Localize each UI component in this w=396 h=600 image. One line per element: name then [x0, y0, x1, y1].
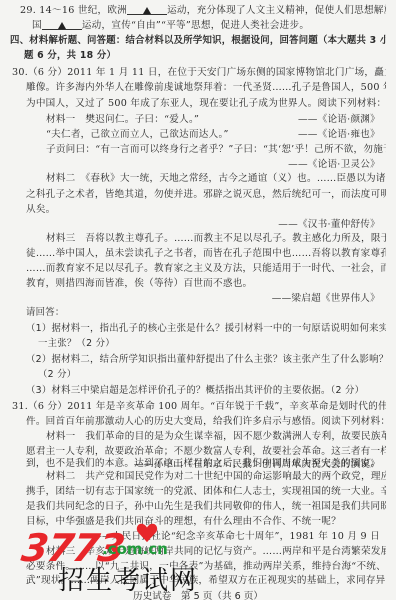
material-text: 《春秋》大一统，天地之常经，古今之通谊（义）也。……臣愚以为诸不在六艺: [85, 173, 386, 184]
material-text: ……而教育家不足以尽孔子。教育家之主义及方法，只能适用于一时代、一社会，而孔子之: [26, 262, 386, 275]
exam-page: 29. 14～16 世纪，欧洲运动，充分体现了人文主义精神，促使人们思想解放；1…: [0, 0, 396, 600]
q30-material3: 材料三 吾将以教主尊孔子。……而教主不足以尽孔子。教主感化力所及，限于其信: [46, 232, 386, 245]
material-label: 材料三: [46, 233, 76, 244]
material-text: 教育，则措四海而皆准，俟（等待）百世而不惑也。: [26, 277, 386, 290]
citation: ——梁启超《世界伟人》: [272, 292, 380, 305]
material-text: 子贡问曰：“有一言而可以终身行之者乎？”子曰：“其‘恕’乎！己所不欲，勿施于人。…: [46, 143, 386, 156]
q31-material1: 材料一 我们革命的目的是为众生谋幸福，因不愿少数满洲人专利，故要民族革命；不: [46, 430, 386, 443]
material-text: 吾将以教主尊孔子。……而教主不足以尽孔子。教主感化力所及，限于其信: [85, 233, 386, 244]
question-1-cont: 一主张？（2 分）: [38, 337, 386, 350]
material-text: 共产党和国民党作为对二十世纪中国的命运影响最大的两个政党，理应再度: [85, 471, 386, 482]
citation: ——《论语·卫灵公》: [288, 158, 380, 171]
material-label: 材料一: [46, 114, 76, 125]
watermark-site-name: 招生考试网: [58, 560, 198, 597]
question-2-cont: （2 分）: [38, 368, 386, 381]
fill-blank-2: [42, 20, 82, 30]
q31-intro: 件。回首百年前那激动人心的历史大变局，给我们许多启示与感悟。阅读下列材料：: [26, 415, 386, 428]
question-3: （3）材料三中梁启超是怎样评价孔子的？概括指出其评价的主要依据。（2 分）: [26, 384, 386, 397]
material-text: 之科孔子之术者，皆绝其道，勿使并进。邪辟之说灭息，然后统纪可一，而法度可明，民知…: [26, 188, 386, 201]
q31-intro: 31.（6 分）2011 年是辛亥革命 100 周年。“百年锐于千载”，辛亥革命…: [12, 400, 386, 413]
material-text: 我们革命的目的是为众生谋幸福，因不愿少数满洲人专利，故要民族革命；不: [85, 431, 386, 442]
watermark-domain: .com.cn: [102, 540, 168, 558]
question-2: （2）据材料二，结合所学知识指出董仲舒提出了什么主张？该主张产生了什么影响？: [26, 353, 386, 366]
q31-material2: 材料二 共产党和国民党作为对二十世纪中国的命运影响最大的两个政党，理应再度: [46, 470, 386, 483]
material-text: 到，也不是我们的本意。达到了这三样目的之后，我们中国当成为至完美的国家。: [26, 457, 386, 470]
answer-prompt: 请回答：: [26, 306, 386, 319]
citation: ——《论语·雍也》: [298, 128, 380, 141]
fill-blank-1: [127, 5, 167, 15]
triangle-icon: [58, 22, 66, 29]
material-label: 材料一: [46, 431, 76, 442]
q30-intro: 30.（6 分）2011 年 1 月 11 日，在位于天安门广场东侧的国家博物馆…: [12, 66, 386, 79]
q30-intro: 为中国人，又过了 500 年成了东亚人，现在要让孔子成为世界人。阅读下列材料：: [26, 97, 386, 110]
q30-material2: 材料二 《春秋》大一统，天地之常经，古今之通谊（义）也。……臣愚以为诸不在六艺: [46, 172, 386, 185]
citation: ——《汉书·董仲舒传》: [278, 218, 380, 231]
question-1: （1）据材料一，指出孔子的核心主张是什么？援引材料一中的一句原话说明如何来实现这: [26, 322, 386, 335]
section-heading-cont: 题 6 分，共 18 分）: [24, 49, 386, 62]
material-text: 樊迟问仁。子曰：“爱人。”: [85, 114, 199, 125]
section-heading: 四、材料解析题、问答题：结合材料以及所学知识，根据设问，回答问题（本大题共 3 …: [10, 34, 386, 47]
q30-intro: 雕像。许多海内外华人在雕像前虔诚地祭拜着：一代圣贤……孔子是鲁国人，500 年后…: [26, 81, 386, 94]
triangle-icon: [143, 7, 151, 14]
q29-text-d: 运动，宣传“自由”“平等”思想，促进人类社会进步。: [82, 20, 309, 31]
q29-text-b: 运动，充分体现了人文主义精神，促使人们思想解放；18 世纪，法: [167, 5, 386, 16]
material-text: 从矣。: [26, 203, 386, 216]
q29-text-a: 29. 14～16 世纪，欧洲: [20, 5, 127, 16]
q29-line2: 国运动，宣传“自由”“平等”思想，促进人类社会进步。: [32, 19, 386, 32]
citation: ——《论语·颜渊》: [298, 113, 380, 126]
material-label: 材料二: [46, 471, 76, 482]
q29-line1: 29. 14～16 世纪，欧洲运动，充分体现了人文主义精神，促使人们思想解放；1…: [20, 4, 386, 17]
q29-text-c: 国: [32, 20, 42, 31]
material-text: 徒……举中国人，虽未尝读孔子之书者，而皆在孔子范围中也……吾将以教育家尊孔子。: [26, 247, 386, 260]
material-label: 材料二: [46, 173, 76, 184]
